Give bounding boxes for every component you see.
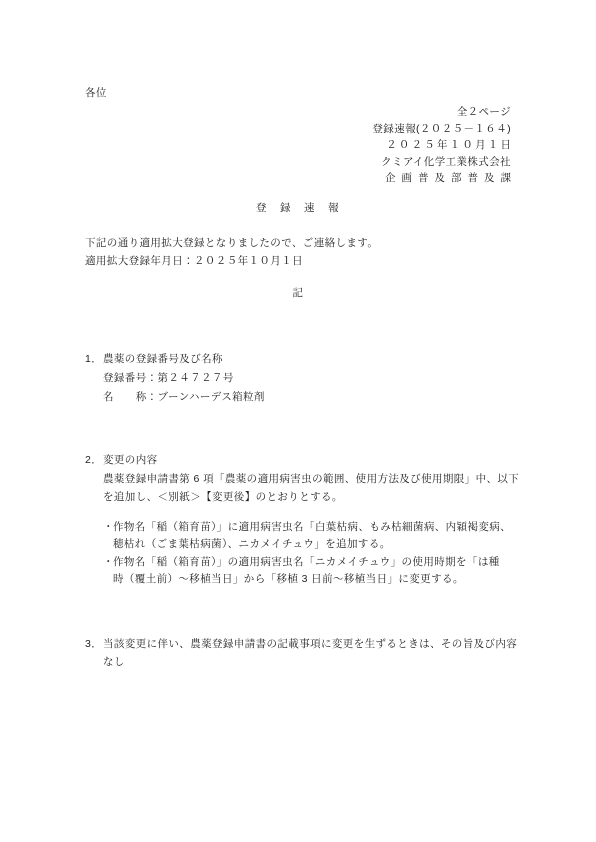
section-content: 当該変更に伴い、農薬登録申請書の記載事項に変更を生ずるときは、その旨及び内容 な…: [103, 635, 517, 671]
change-paragraph-line-1: 農薬登録申請書第 6 項「農薬の適用病害虫の範囲、使用方法及び使用期限」中、以下: [103, 470, 519, 489]
intro-paragraph: 下記の通り適用拡大登録となりましたので、ご連絡します。 適用拡大登録年月日：２０…: [85, 234, 378, 270]
section-number: 2．: [85, 451, 103, 470]
product-name-line: 名 称：ブーンハーデス箱粒剤: [103, 388, 265, 407]
recipient: 各位: [85, 84, 107, 102]
issue-date: ２０２５年１０月１日: [372, 137, 513, 154]
bulletin-number: 登録速報(２０２５－１６４): [372, 121, 511, 138]
page-count: 全２ページ: [372, 104, 511, 121]
document-title: 登 録 速 報: [0, 199, 596, 217]
bullet-line: 作物名「稲（箱育苗）」に適用病害虫名「白葉枯病、もみ枯細菌病、内穎褐変病、: [113, 519, 511, 537]
section-content: 変更の内容 農薬登録申請書第 6 項「農薬の適用病害虫の範囲、使用方法及び使用期…: [103, 451, 519, 589]
bullet-line: 穂枯れ（ごま葉枯病菌）、ニカメイチュウ」を追加する。: [113, 536, 511, 554]
change-paragraph-line-2: を追加し、＜別紙＞【変更後】のとおりとする。: [103, 488, 519, 507]
section-content: 農薬の登録番号及び名称 登録番号：第２４７２７号 名 称：ブーンハーデス箱粒剤: [103, 350, 265, 407]
section-heading: 変更の内容: [103, 451, 519, 470]
bullet-text: 作物名「稲（箱育苗）」の適用病害虫名「ニカメイチュウ」の使用時期を「は種 時（覆…: [113, 554, 500, 589]
change-bullet-list: ・ 作物名「稲（箱育苗）」に適用病害虫名「白葉枯病、もみ枯細菌病、内穎褐変病、 …: [103, 519, 519, 589]
section-change-details: 2． 変更の内容 農薬登録申請書第 6 項「農薬の適用病害虫の範囲、使用方法及び…: [85, 451, 519, 589]
department-name: 企画普及部普及課: [372, 170, 517, 187]
section-registration-info: 1． 農薬の登録番号及び名称 登録番号：第２４７２７号 名 称：ブーンハーデス箱…: [85, 350, 265, 407]
bullet-line: 時（覆土前）～移植当日」から「移植 3 日前～移植当日」に変更する。: [113, 571, 500, 589]
section-heading: 農薬の登録番号及び名称: [103, 350, 265, 369]
record-marker: 記: [0, 284, 596, 302]
header-block: 全２ページ 登録速報(２０２５－１６４) ２０２５年１０月１日 クミアイ化学工業…: [372, 104, 511, 187]
document-page: 各位 全２ページ 登録速報(２０２５－１６４) ２０２５年１０月１日 クミアイ化…: [0, 0, 596, 842]
bullet-item-add-diseases: ・ 作物名「稲（箱育苗）」に適用病害虫名「白葉枯病、もみ枯細菌病、内穎褐変病、 …: [103, 519, 519, 554]
intro-line-1: 下記の通り適用拡大登録となりましたので、ご連絡します。: [85, 234, 378, 252]
company-name: クミアイ化学工業株式会社: [372, 154, 511, 171]
section-number: 3．: [85, 635, 103, 653]
bullet-line: 作物名「稲（箱育苗）」の適用病害虫名「ニカメイチュウ」の使用時期を「は種: [113, 554, 500, 572]
section-number: 1．: [85, 350, 103, 369]
none-line: なし: [103, 653, 517, 671]
registration-number-line: 登録番号：第２４７２７号: [103, 369, 265, 388]
section-other-changes: 3． 当該変更に伴い、農薬登録申請書の記載事項に変更を生ずるときは、その旨及び内…: [85, 635, 517, 671]
bullet-marker: ・: [103, 554, 113, 589]
section-heading: 当該変更に伴い、農薬登録申請書の記載事項に変更を生ずるときは、その旨及び内容: [103, 635, 517, 653]
bullet-marker: ・: [103, 519, 113, 554]
bullet-item-change-timing: ・ 作物名「稲（箱育苗）」の適用病害虫名「ニカメイチュウ」の使用時期を「は種 時…: [103, 554, 519, 589]
bullet-text: 作物名「稲（箱育苗）」に適用病害虫名「白葉枯病、もみ枯細菌病、内穎褐変病、 穂枯…: [113, 519, 511, 554]
intro-line-2: 適用拡大登録年月日：２０２５年１０月１日: [85, 252, 378, 270]
